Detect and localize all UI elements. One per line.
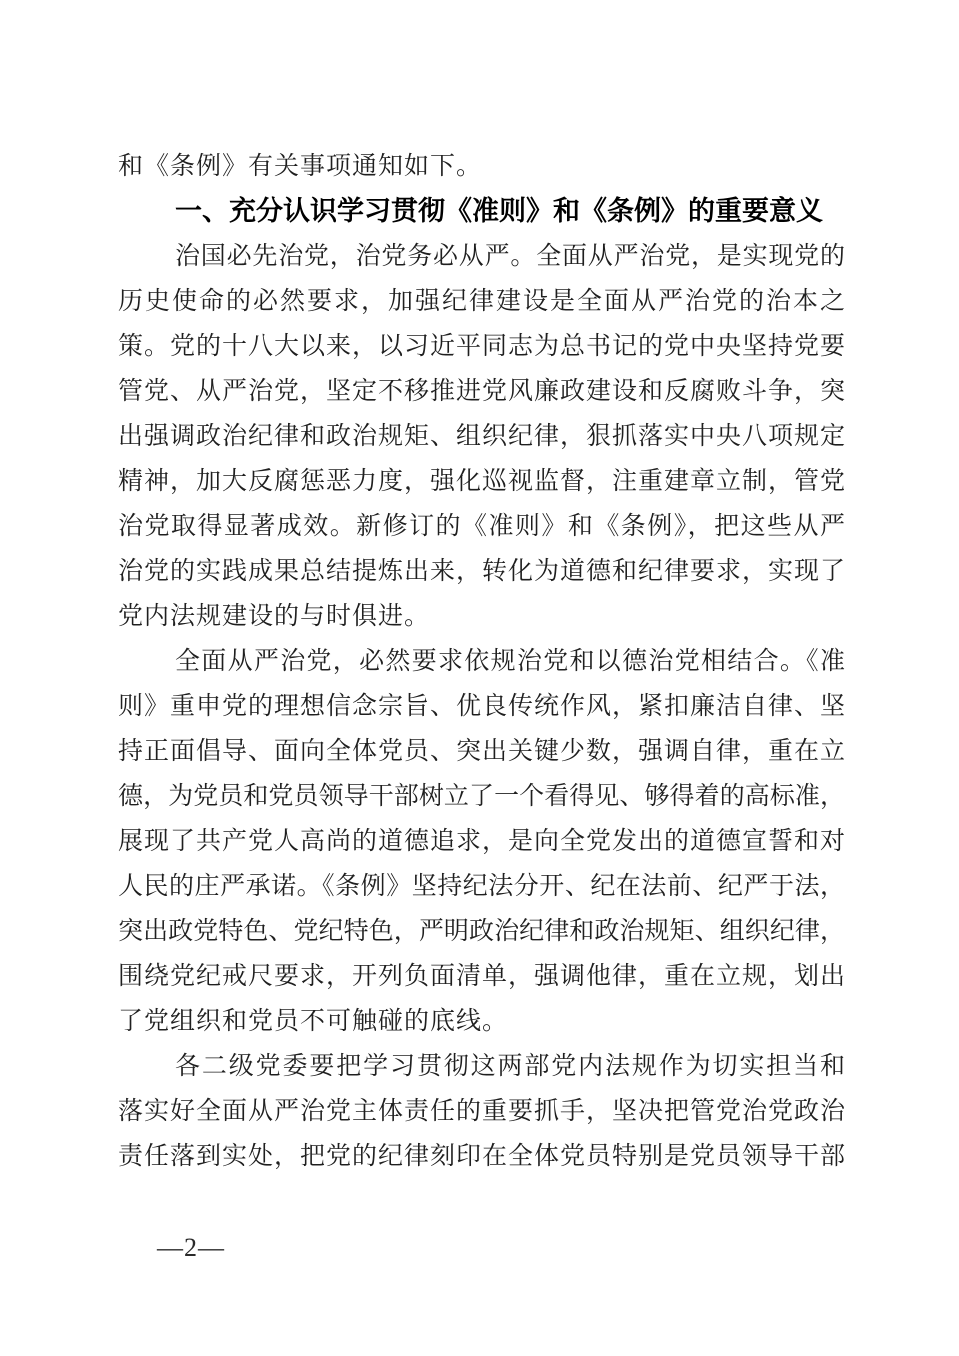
- text-line: 各二级党委要把学习贯彻这两部党内法规作为切实担当和: [118, 1044, 845, 1089]
- text-line: 则》重申党的理想信念宗旨、优良传统作风，紧扣廉洁自律、坚: [118, 684, 845, 729]
- text-line: 突出政党特色、党纪特色，严明政治纪律和政治规矩、组织纪律，: [118, 909, 845, 954]
- text-line: 责任落到实处，把党的纪律刻印在全体党员特别是党员领导干部: [118, 1134, 845, 1179]
- text-line: 精神，加大反腐惩恶力度，强化巡视监督，注重建章立制，管党: [118, 459, 845, 504]
- text-line: 和《条例》有关事项通知如下。: [118, 144, 845, 189]
- text-line: 治国必先治党，治党务必从严。全面从严治党，是实现党的: [118, 234, 845, 279]
- text-line: 出强调政治纪律和政治规矩、组织纪律，狠抓落实中央八项规定: [118, 414, 845, 459]
- text-line: 党内法规建设的与时俱进。: [118, 594, 845, 639]
- text-line: 全面从严治党，必然要求依规治党和以德治党相结合。《准: [118, 639, 845, 684]
- text-line: 了党组织和党员不可触碰的底线。: [118, 999, 845, 1044]
- text-line: 落实好全面从严治党主体责任的重要抓手，坚决把管党治党政治: [118, 1089, 845, 1134]
- text-line: 德，为党员和党员领导干部树立了一个看得见、够得着的高标准，: [118, 774, 845, 819]
- document-content: 和《条例》有关事项通知如下。一、充分认识学习贯彻《准则》和《条例》的重要意义治国…: [118, 144, 845, 1265]
- text-line: 策。党的十八大以来，以习近平同志为总书记的党中央坚持党要: [118, 324, 845, 369]
- page-number: —2—: [118, 1231, 845, 1265]
- document-page: 和《条例》有关事项通知如下。一、充分认识学习贯彻《准则》和《条例》的重要意义治国…: [0, 0, 959, 1356]
- section-heading: 一、充分认识学习贯彻《准则》和《条例》的重要意义: [118, 189, 845, 234]
- text-line: 围绕党纪戒尺要求，开列负面清单，强调他律，重在立规，划出: [118, 954, 845, 999]
- text-line: 人民的庄严承诺。《条例》坚持纪法分开、纪在法前、纪严于法，: [118, 864, 845, 909]
- text-line: 治党取得显著成效。新修订的《准则》和《条例》，把这些从严: [118, 504, 845, 549]
- text-line: 管党、从严治党，坚定不移推进党风廉政建设和反腐败斗争，突: [118, 369, 845, 414]
- text-line: 持正面倡导、面向全体党员、突出关键少数，强调自律，重在立: [118, 729, 845, 774]
- text-line: 历史使命的必然要求，加强纪律建设是全面从严治党的治本之: [118, 279, 845, 324]
- text-line: 展现了共产党人高尚的道德追求，是向全党发出的道德宣誓和对: [118, 819, 845, 864]
- text-line: 治党的实践成果总结提炼出来，转化为道德和纪律要求，实现了: [118, 549, 845, 594]
- text-block: 和《条例》有关事项通知如下。一、充分认识学习贯彻《准则》和《条例》的重要意义治国…: [118, 144, 845, 1179]
